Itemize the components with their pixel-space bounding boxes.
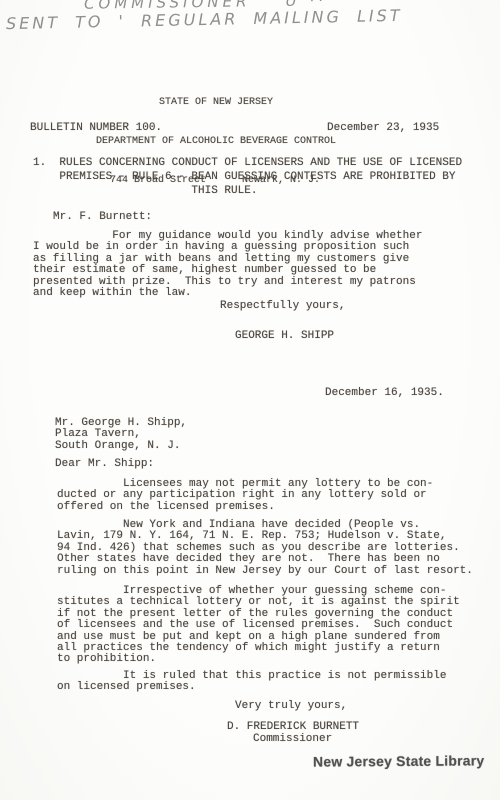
inquiry-salutation: Mr. F. Burnett: <box>53 212 152 223</box>
bulletin-number: BULLETIN NUMBER 100. <box>30 123 162 134</box>
reply-paragraph-2: New York and Indiana have decided (Peopl… <box>57 520 473 577</box>
handwritten-note-mailing-list: SENT TO ' REGULAR MAILING LIST <box>6 6 403 33</box>
inquiry-closing: Respectfully yours, <box>220 301 345 312</box>
library-stamp: New Jersey State Library <box>313 752 484 769</box>
subject-heading: 1. RULES CONCERNING CONDUCT OF LICENSERS… <box>33 157 462 198</box>
letterhead-state: STATE OF NEW JERSEY <box>96 96 336 109</box>
reply-salutation: Dear Mr. Shipp: <box>55 459 154 470</box>
reply-paragraph-3: Irrespective of whether your guessing sc… <box>57 586 460 666</box>
reply-paragraph-1: Licensees may not permit any lottery to … <box>57 479 433 513</box>
reply-address: Mr. George H. Shipp, Plaza Tavern, South… <box>55 418 187 452</box>
inquiry-signature: GEORGE H. SHIPP <box>235 331 334 342</box>
reply-date: December 16, 1935. <box>325 388 444 399</box>
reply-signature-title: Commissioner <box>253 734 332 745</box>
reply-paragraph-4: It is ruled that this practice is not pe… <box>57 671 446 694</box>
bulletin-date: December 23, 1935 <box>327 123 439 134</box>
reply-signature: D. FREDERICK BURNETT <box>227 722 359 733</box>
document-scan: COMMISSIONER U ·· SENT TO ' REGULAR MAIL… <box>0 0 500 800</box>
reply-closing: Very truly yours, <box>235 701 347 712</box>
inquiry-body: For my guidance would you kindly advise … <box>33 231 422 299</box>
letterhead-department: DEPARTMENT OF ALCOHOLIC BEVERAGE CONTROL <box>96 135 336 148</box>
